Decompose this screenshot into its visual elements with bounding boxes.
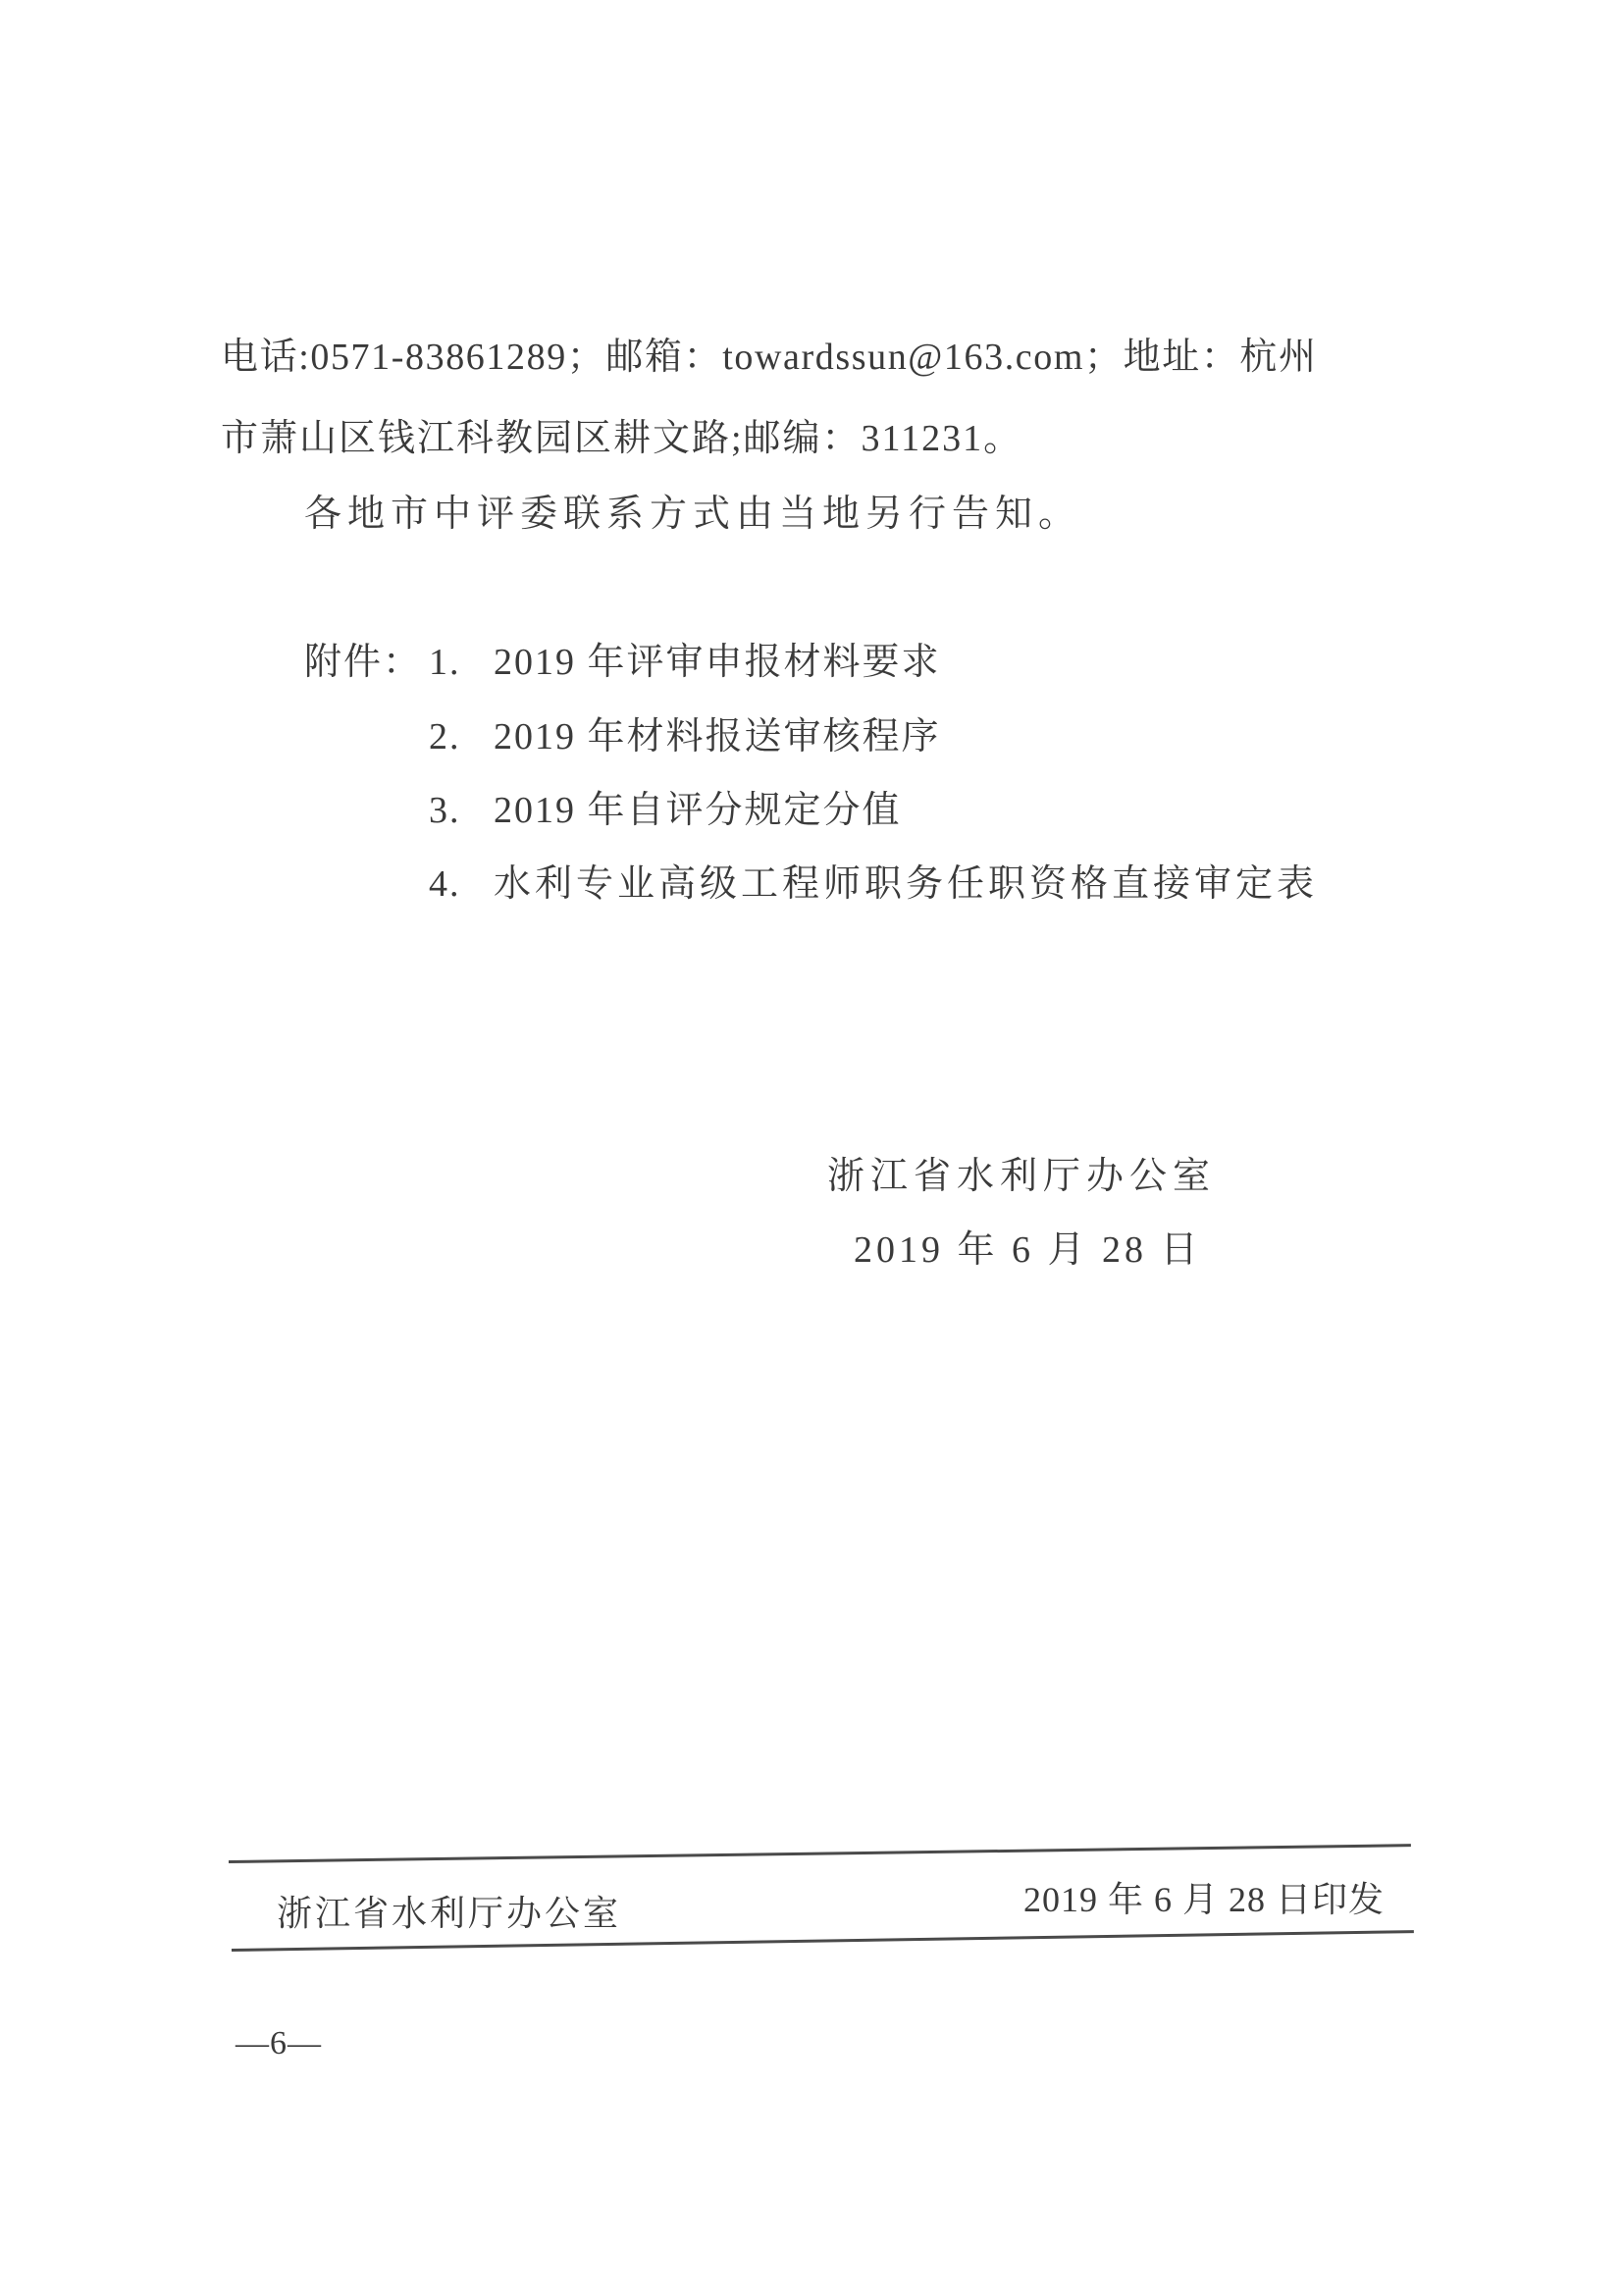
attachment-item: 3.2019 年自评分规定分值 <box>429 792 902 829</box>
attachment-number: 1. <box>429 644 494 681</box>
attachment-title: 水利专业高级工程师职务任职资格直接审定表 <box>494 863 1318 905</box>
attachment-item: 1.2019 年评审申报材料要求 <box>429 644 941 681</box>
attachment-number: 4. <box>429 865 494 903</box>
attachment-item: 4.水利专业高级工程师职务任职资格直接审定表 <box>429 865 1318 903</box>
notice-paragraph: 各地市中评委联系方式由当地另行告知。 <box>304 496 1081 533</box>
attachments-label: 附件： <box>304 644 422 681</box>
attachment-item: 2.2019 年材料报送审核程序 <box>429 718 941 756</box>
signature-date: 2019 年 6 月 28 日 <box>854 1231 1202 1269</box>
attachment-number: 3. <box>429 792 494 829</box>
footer-top-rule <box>229 1844 1411 1863</box>
footer-bottom-rule <box>232 1930 1414 1952</box>
page-number: —6— <box>236 2027 322 2061</box>
footer-issuer: 浙江省水利厅办公室 <box>277 1896 621 1931</box>
attachment-number: 2. <box>429 718 494 756</box>
signature-org: 浙江省水利厅办公室 <box>827 1158 1216 1195</box>
footer-issue-date: 2019 年 6 月 28 日印发 <box>1023 1882 1385 1917</box>
contact-line-2: 市萧山区钱江科教园区耕文路;邮编：311231。 <box>221 420 1022 457</box>
attachment-title: 2019 年材料报送审核程序 <box>494 716 941 757</box>
contact-line-1: 电话:0571-83861289；邮箱：towardssun@163.com；地… <box>221 339 1318 376</box>
attachment-title: 2019 年自评分规定分值 <box>494 790 902 831</box>
attachment-title: 2019 年评审申报材料要求 <box>494 642 941 683</box>
